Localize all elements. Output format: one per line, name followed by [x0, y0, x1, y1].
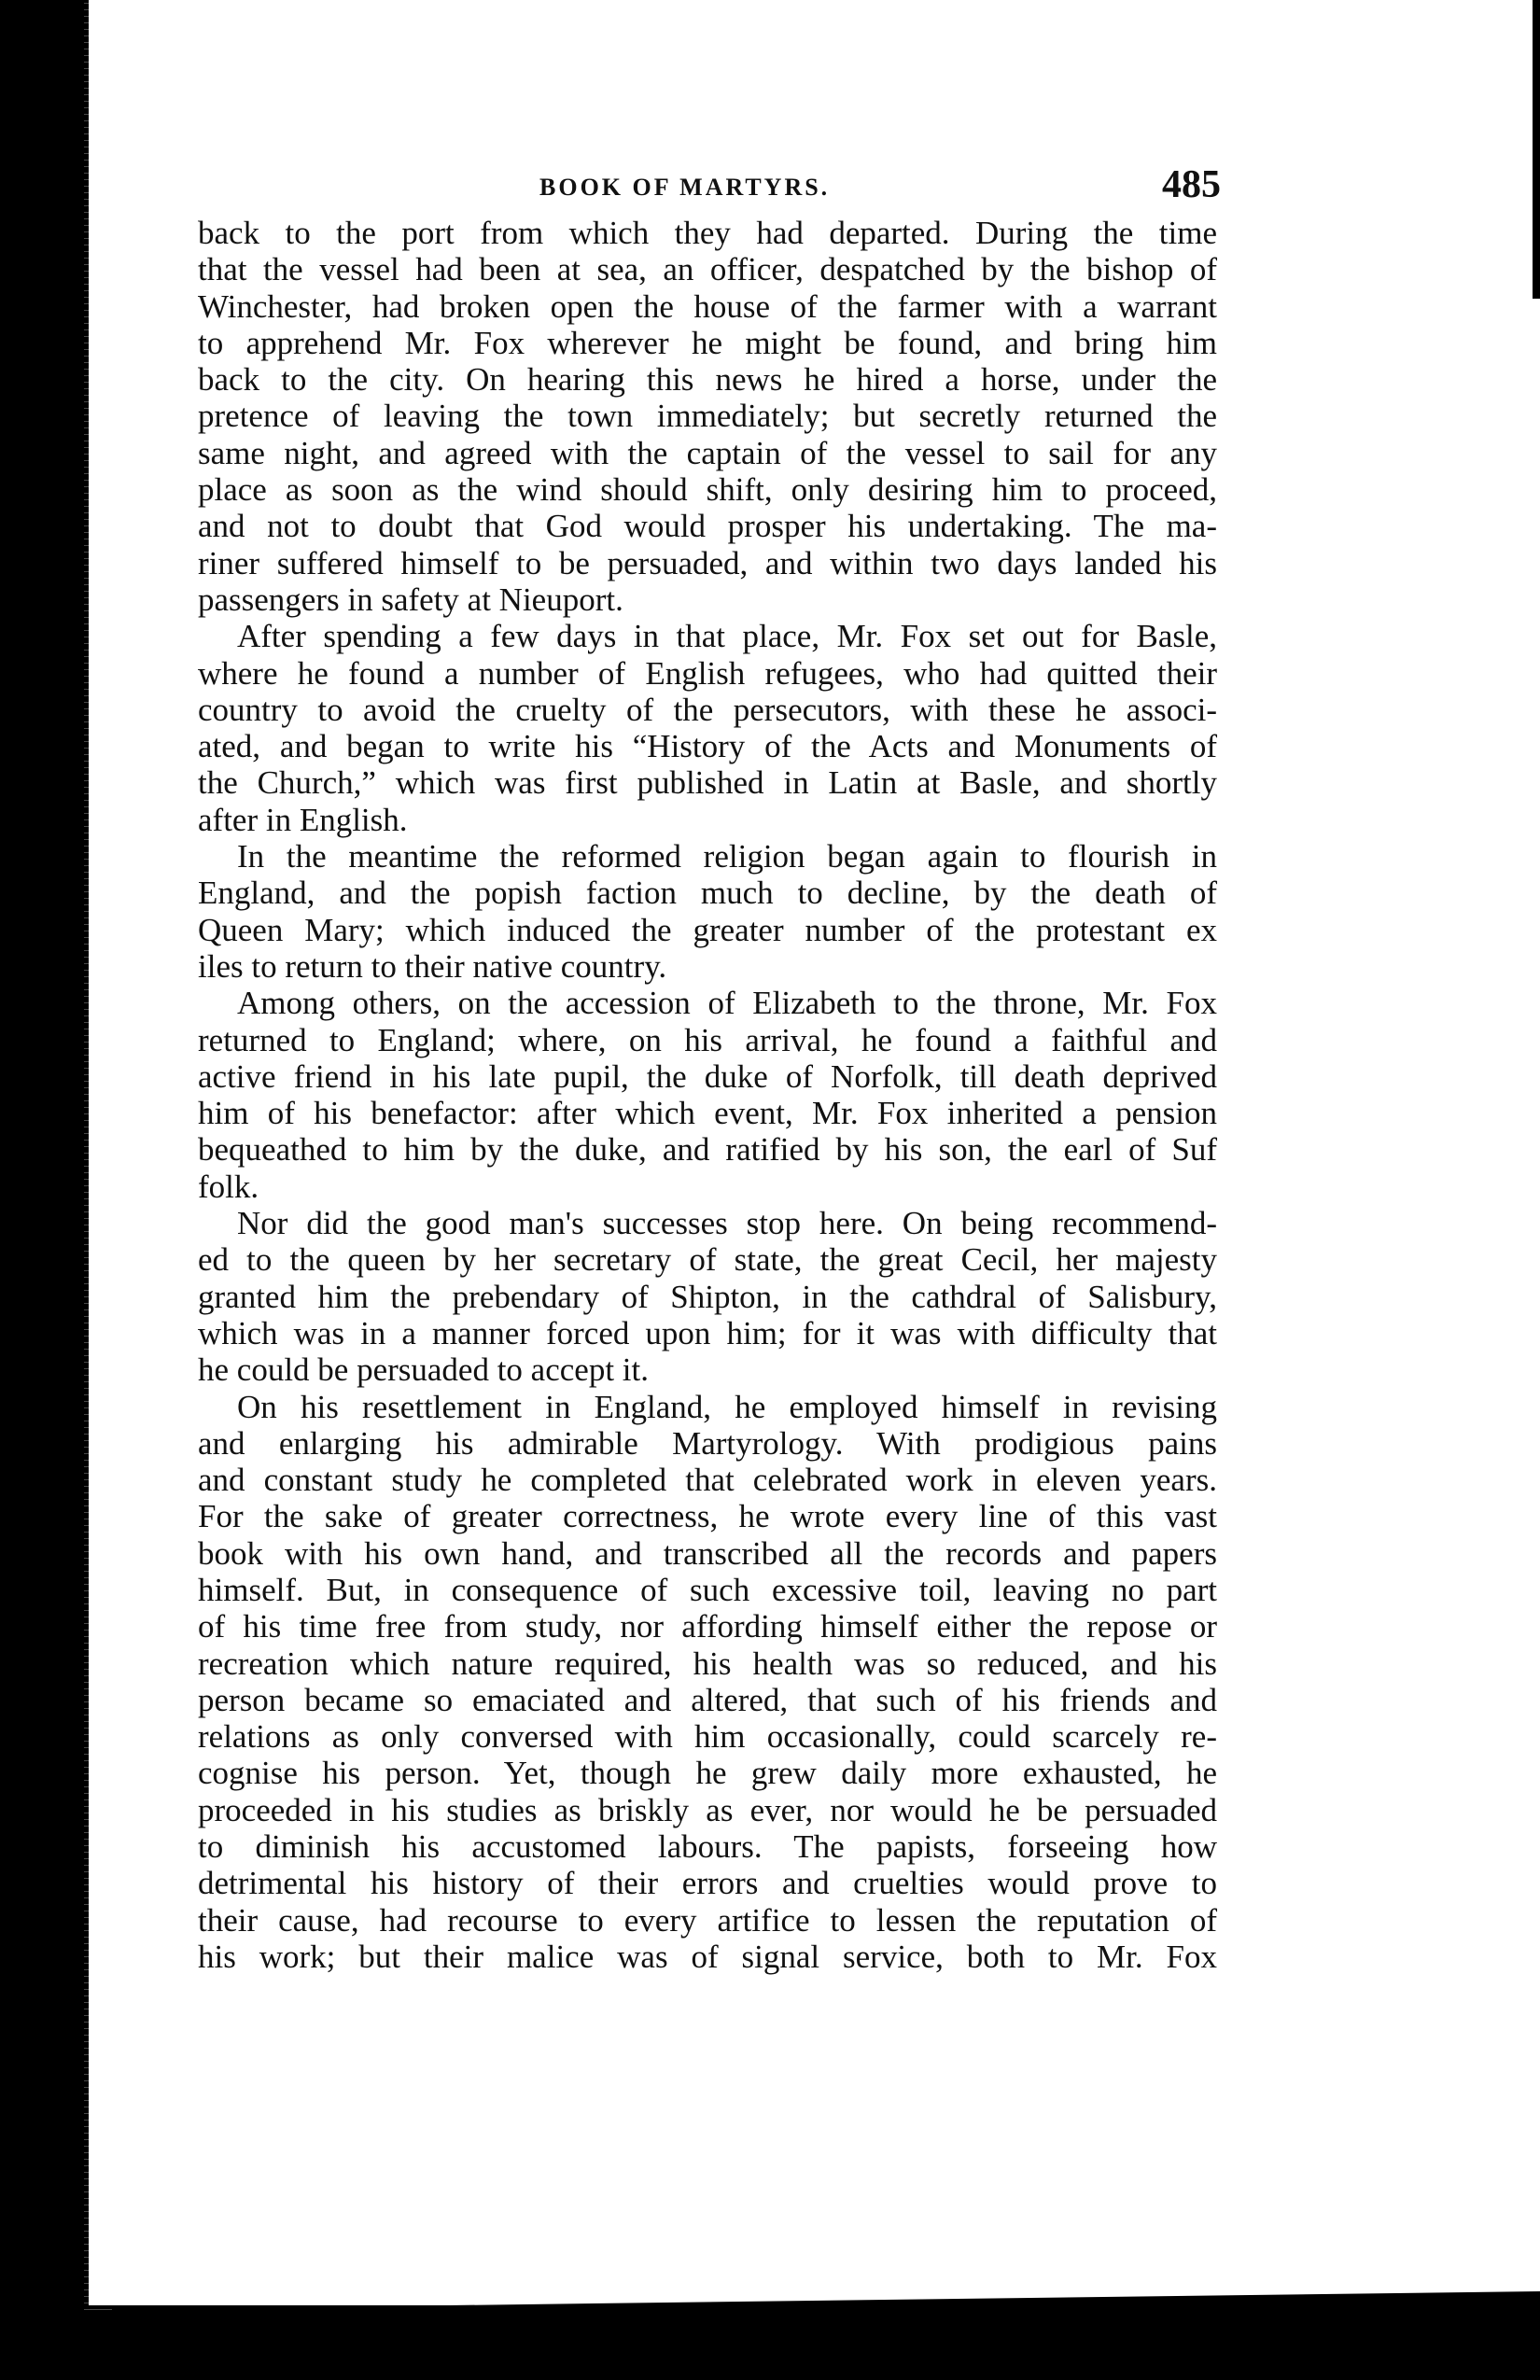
- paragraph-first-line: In the meantime the reformed religion be…: [198, 838, 1217, 875]
- text-line: their cause, had recourse to every artif…: [198, 1902, 1217, 1939]
- text-line: back to the city. On hearing this news h…: [198, 361, 1217, 398]
- text-line: returned to England; where, on his arriv…: [198, 1022, 1217, 1058]
- body-text: back to the port from which they had dep…: [198, 215, 1217, 1975]
- running-title: BOOK OF MARTYRS.: [539, 174, 830, 202]
- text-line: of his time free from study, nor affordi…: [198, 1608, 1217, 1645]
- text-line: that the vessel had been at sea, an offi…: [198, 251, 1217, 287]
- text-line: him of his benefactor: after which event…: [198, 1095, 1217, 1131]
- scan-edge-shadow: [1533, 0, 1540, 299]
- text-line: passengers in safety at Nieuport.: [198, 581, 1217, 618]
- text-line: book with his own hand, and transcribed …: [198, 1535, 1217, 1572]
- text-line: riner suffered himself to be persuaded, …: [198, 545, 1217, 581]
- text-line: to apprehend Mr. Fox wherever he might b…: [198, 325, 1217, 361]
- page-number: 485: [1162, 162, 1221, 207]
- paragraph-first-line: Nor did the good man's successes stop he…: [198, 1205, 1217, 1241]
- text-line: ed to the queen by her secretary of stat…: [198, 1241, 1217, 1278]
- text-line: back to the port from which they had dep…: [198, 215, 1217, 251]
- text-line: cognise his person. Yet, though he grew …: [198, 1755, 1217, 1791]
- text-line: to diminish his accustomed labours. The …: [198, 1828, 1217, 1865]
- text-line: Winchester, had broken open the house of…: [198, 288, 1217, 325]
- text-line: he could be persuaded to accept it.: [198, 1351, 1217, 1388]
- text-line: person became so emaciated and altered, …: [198, 1682, 1217, 1718]
- paragraph-first-line: Among others, on the accession of Elizab…: [198, 985, 1217, 1021]
- text-line: which was in a manner forced upon him; f…: [198, 1315, 1217, 1351]
- text-line: and enlarging his admirable Martyrology.…: [198, 1425, 1217, 1462]
- text-line: recreation which nature required, his he…: [198, 1645, 1217, 1682]
- paragraph-first-line: On his resettlement in England, he emplo…: [198, 1389, 1217, 1425]
- text-line: For the sake of greater correctness, he …: [198, 1498, 1217, 1534]
- text-line: detrimental his history of their errors …: [198, 1865, 1217, 1901]
- text-line: the Church,” which was first published i…: [198, 764, 1217, 801]
- text-line: England, and the popish faction much to …: [198, 875, 1217, 911]
- text-line: pretence of leaving the town immediately…: [198, 398, 1217, 434]
- text-line: and not to doubt that God would prosper …: [198, 508, 1217, 544]
- text-line: iles to return to their native country.: [198, 948, 1217, 985]
- text-line: and constant study he completed that cel…: [198, 1462, 1217, 1498]
- text-line: Queen Mary; which induced the greater nu…: [198, 912, 1217, 948]
- text-line: granted him the prebendary of Shipton, i…: [198, 1279, 1217, 1315]
- text-line: bequeathed to him by the duke, and ratif…: [198, 1131, 1217, 1168]
- text-line: proceeded in his studies as briskly as e…: [198, 1792, 1217, 1828]
- text-line: himself. But, in consequence of such exc…: [198, 1572, 1217, 1608]
- text-line: country to avoid the cruelty of the pers…: [198, 692, 1217, 728]
- text-line: his work; but their malice was of signal…: [198, 1939, 1217, 1975]
- text-line: where he found a number of English refug…: [198, 655, 1217, 692]
- text-line: active friend in his late pupil, the duk…: [198, 1058, 1217, 1095]
- text-line: relations as only conversed with him occ…: [198, 1718, 1217, 1755]
- text-line: folk.: [198, 1169, 1217, 1205]
- text-line: ated, and began to write his “History of…: [198, 728, 1217, 764]
- text-line: same night, and agreed with the captain …: [198, 435, 1217, 471]
- text-line: place as soon as the wind should shift, …: [198, 471, 1217, 508]
- text-line: after in English.: [198, 802, 1217, 838]
- paragraph-first-line: After spending a few days in that place,…: [198, 618, 1217, 654]
